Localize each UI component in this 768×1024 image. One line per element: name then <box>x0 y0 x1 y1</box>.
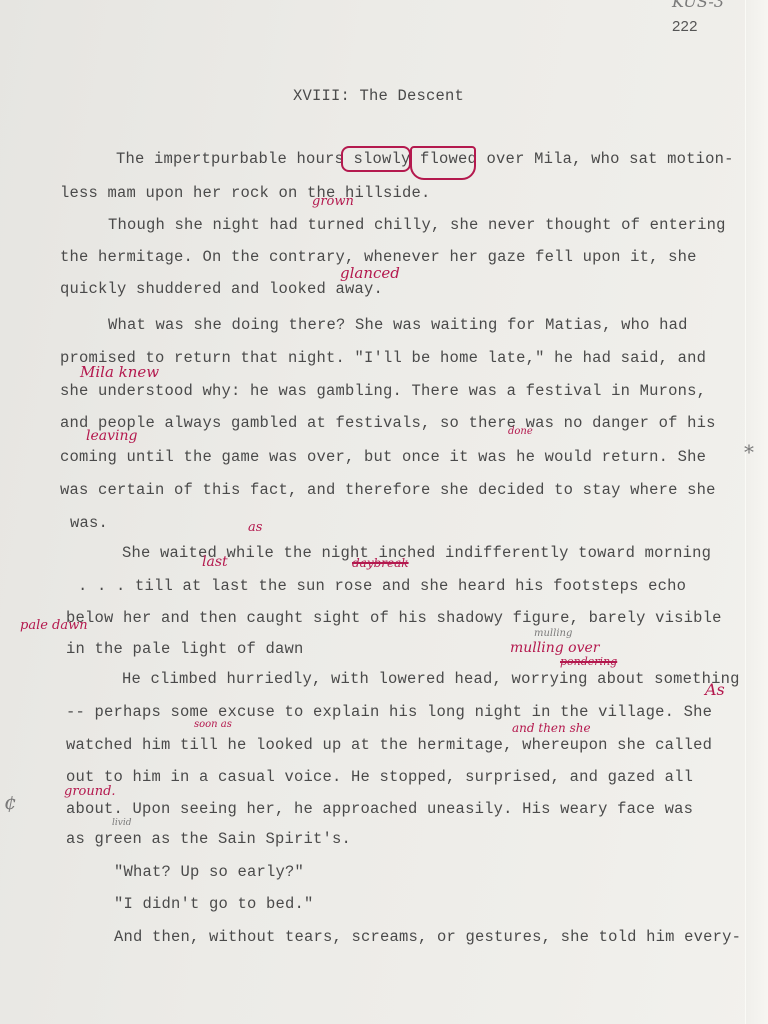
page-number: 222 <box>672 18 698 35</box>
text-line: "I didn't go to bed." <box>114 895 314 913</box>
text-line: watched him till he looked up at the her… <box>66 736 712 754</box>
edit-loop-slowly <box>341 146 411 172</box>
annotation-leaving: leaving <box>86 428 137 444</box>
text-line: What was she doing there? She was waitin… <box>108 316 688 334</box>
text-line: He climbed hurriedly, with lowered head,… <box>122 670 740 688</box>
annotation-mulling-over: mulling over <box>510 640 599 656</box>
annotation-pale-dawn: pale dawn <box>20 618 88 633</box>
text-line: as green as the Sain Spirit's. <box>66 830 351 848</box>
text-line: in the pale light of dawn <box>66 640 304 658</box>
annotation-livid: livid <box>112 818 131 828</box>
text-line: "What? Up so early?" <box>114 863 304 881</box>
annotation-mila-knew: Mila knew <box>80 363 159 381</box>
annotation-mulling-pencil: mulling <box>534 628 572 639</box>
text-line: Though she night had turned chilly, she … <box>108 216 726 234</box>
text-line: out to him in a casual voice. He stopped… <box>66 768 693 786</box>
chapter-title: XVIII: The Descent <box>293 87 464 105</box>
corner-note: KUS-3 <box>672 0 724 11</box>
text-line: . . . till at last the sun rose and she … <box>78 577 686 595</box>
annotation-last: last <box>202 554 228 570</box>
text-line: about. Upon seeing her, he approached un… <box>66 800 693 818</box>
text-line: less mam upon her rock on the hillside. <box>60 184 431 202</box>
manuscript-page: KUS-3 222 XVIII: The Descent The impertp… <box>0 0 768 1024</box>
annotation-as-cap: As <box>705 680 725 699</box>
text-line: was certain of this fact, and therefore … <box>60 481 716 499</box>
page-edge <box>745 0 768 1024</box>
annotation-as: as <box>248 520 262 535</box>
annotation-ground: ground. <box>64 784 116 799</box>
annotation-done: done <box>508 426 533 437</box>
text-line: below her and then caught sight of his s… <box>66 609 722 627</box>
text-line: -- perhaps some excuse to explain his lo… <box>66 703 712 721</box>
annotation-grown: grown <box>312 194 354 209</box>
margin-pencil-mark: ¢ <box>4 790 17 814</box>
text-line: quickly shuddered and looked away. <box>60 280 383 298</box>
edit-loop-flowed <box>410 146 476 180</box>
text-line: and people always gambled at festivals, … <box>60 414 716 432</box>
margin-asterisk: * <box>744 440 754 464</box>
text-line: she understood why: he was gambling. The… <box>60 382 706 400</box>
text-line: coming until the game was over, but once… <box>60 448 706 466</box>
annotation-daybreak: daybreak <box>352 556 409 570</box>
annotation-and-then-she: and then she <box>512 721 591 735</box>
annotation-soon-as: soon as <box>194 719 232 730</box>
text-line: was. <box>70 514 108 532</box>
text-line: And then, without tears, screams, or ges… <box>114 928 741 946</box>
annotation-pondering: pondering <box>560 655 617 668</box>
